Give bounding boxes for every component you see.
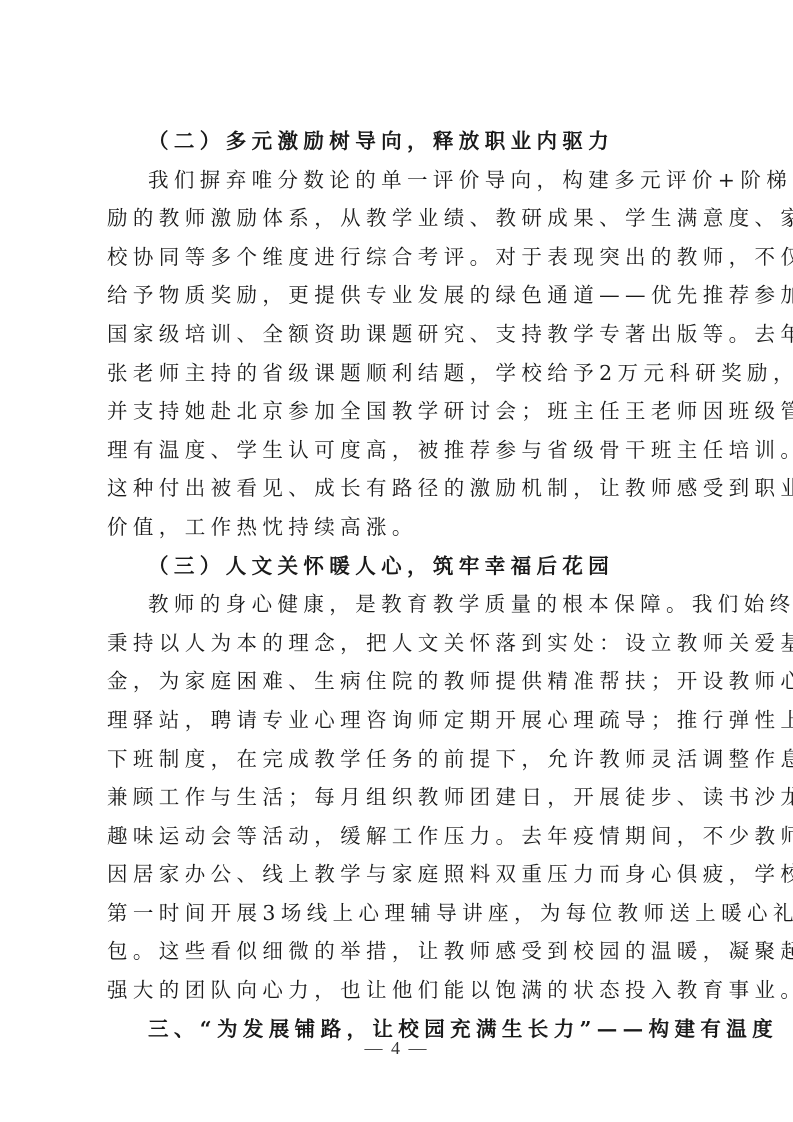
document-page: （二）多元激励树导向，释放职业内驱力 我们摒弃唯分数论的单一评价导向，构建多元评… — [107, 122, 689, 1048]
paragraph-line: 因居家办公、线上教学与家庭照料双重压力而身心俱疲，学校 — [107, 855, 689, 894]
paragraph-line: 下班制度，在完成教学任务的前提下，允许教师灵活调整作息， — [107, 740, 689, 779]
paragraph-line: 国家级培训、全额资助课题研究、支持教学专著出版等。去年， — [107, 315, 689, 354]
subsection-heading-3: （三）人文关怀暖人心，筑牢幸福后花园 — [107, 547, 689, 586]
paragraph-line: 教师的身心健康，是教育教学质量的根本保障。我们始终 — [107, 585, 689, 624]
subsection-heading-2: （二）多元激励树导向，释放职业内驱力 — [107, 122, 689, 161]
paragraph-line: 强大的团队向心力，也让他们能以饱满的状态投入教育事业。 — [107, 971, 689, 1010]
paragraph-line: 理有温度、学生认可度高，被推荐参与省级骨干班主任培训。 — [107, 431, 689, 470]
paragraph-incentive: 我们摒弃唯分数论的单一评价导向，构建多元评价+阶梯奖 励的教师激励体系，从教学业… — [107, 161, 689, 547]
paragraph-line: 我们摒弃唯分数论的单一评价导向，构建多元评价+阶梯奖 — [107, 161, 689, 200]
paragraph-line: 包。这些看似细微的举措，让教师感受到校园的温暖，凝聚起 — [107, 932, 689, 971]
paragraph-line: 价值，工作热忱持续高涨。 — [107, 508, 689, 547]
paragraph-line: 给予物质奖励，更提供专业发展的绿色通道——优先推荐参加 — [107, 276, 689, 315]
paragraph-line: 第一时间开展3场线上心理辅导讲座，为每位教师送上暖心礼 — [107, 894, 689, 933]
paragraph-line: 理驿站，聘请专业心理咨询师定期开展心理疏导；推行弹性上 — [107, 701, 689, 740]
heading-line: （二）多元激励树导向，释放职业内驱力 — [107, 122, 689, 161]
paragraph-line: 校协同等多个维度进行综合考评。对于表现突出的教师，不仅 — [107, 238, 689, 277]
paragraph-line: 励的教师激励体系，从教学业绩、教研成果、学生满意度、家 — [107, 199, 689, 238]
paragraph-line: 趣味运动会等活动，缓解工作压力。去年疫情期间，不少教师 — [107, 817, 689, 856]
paragraph-line: 这种付出被看见、成长有路径的激励机制，让教师感受到职业 — [107, 469, 689, 508]
paragraph-line: 张老师主持的省级课题顺利结题，学校给予2万元科研奖励， — [107, 354, 689, 393]
paragraph-line: 并支持她赴北京参加全国教学研讨会；班主任王老师因班级管 — [107, 392, 689, 431]
paragraph-line: 兼顾工作与生活；每月组织教师团建日，开展徒步、读书沙龙、 — [107, 778, 689, 817]
paragraph-line: 金，为家庭困难、生病住院的教师提供精准帮扶；开设教师心 — [107, 662, 689, 701]
paragraph-care: 教师的身心健康，是教育教学质量的根本保障。我们始终 秉持以人为本的理念，把人文关… — [107, 585, 689, 1010]
paragraph-line: 秉持以人为本的理念，把人文关怀落到实处：设立教师关爱基 — [107, 624, 689, 663]
page-number: — 4 — — [0, 1038, 793, 1059]
heading-line: （三）人文关怀暖人心，筑牢幸福后花园 — [107, 547, 689, 586]
